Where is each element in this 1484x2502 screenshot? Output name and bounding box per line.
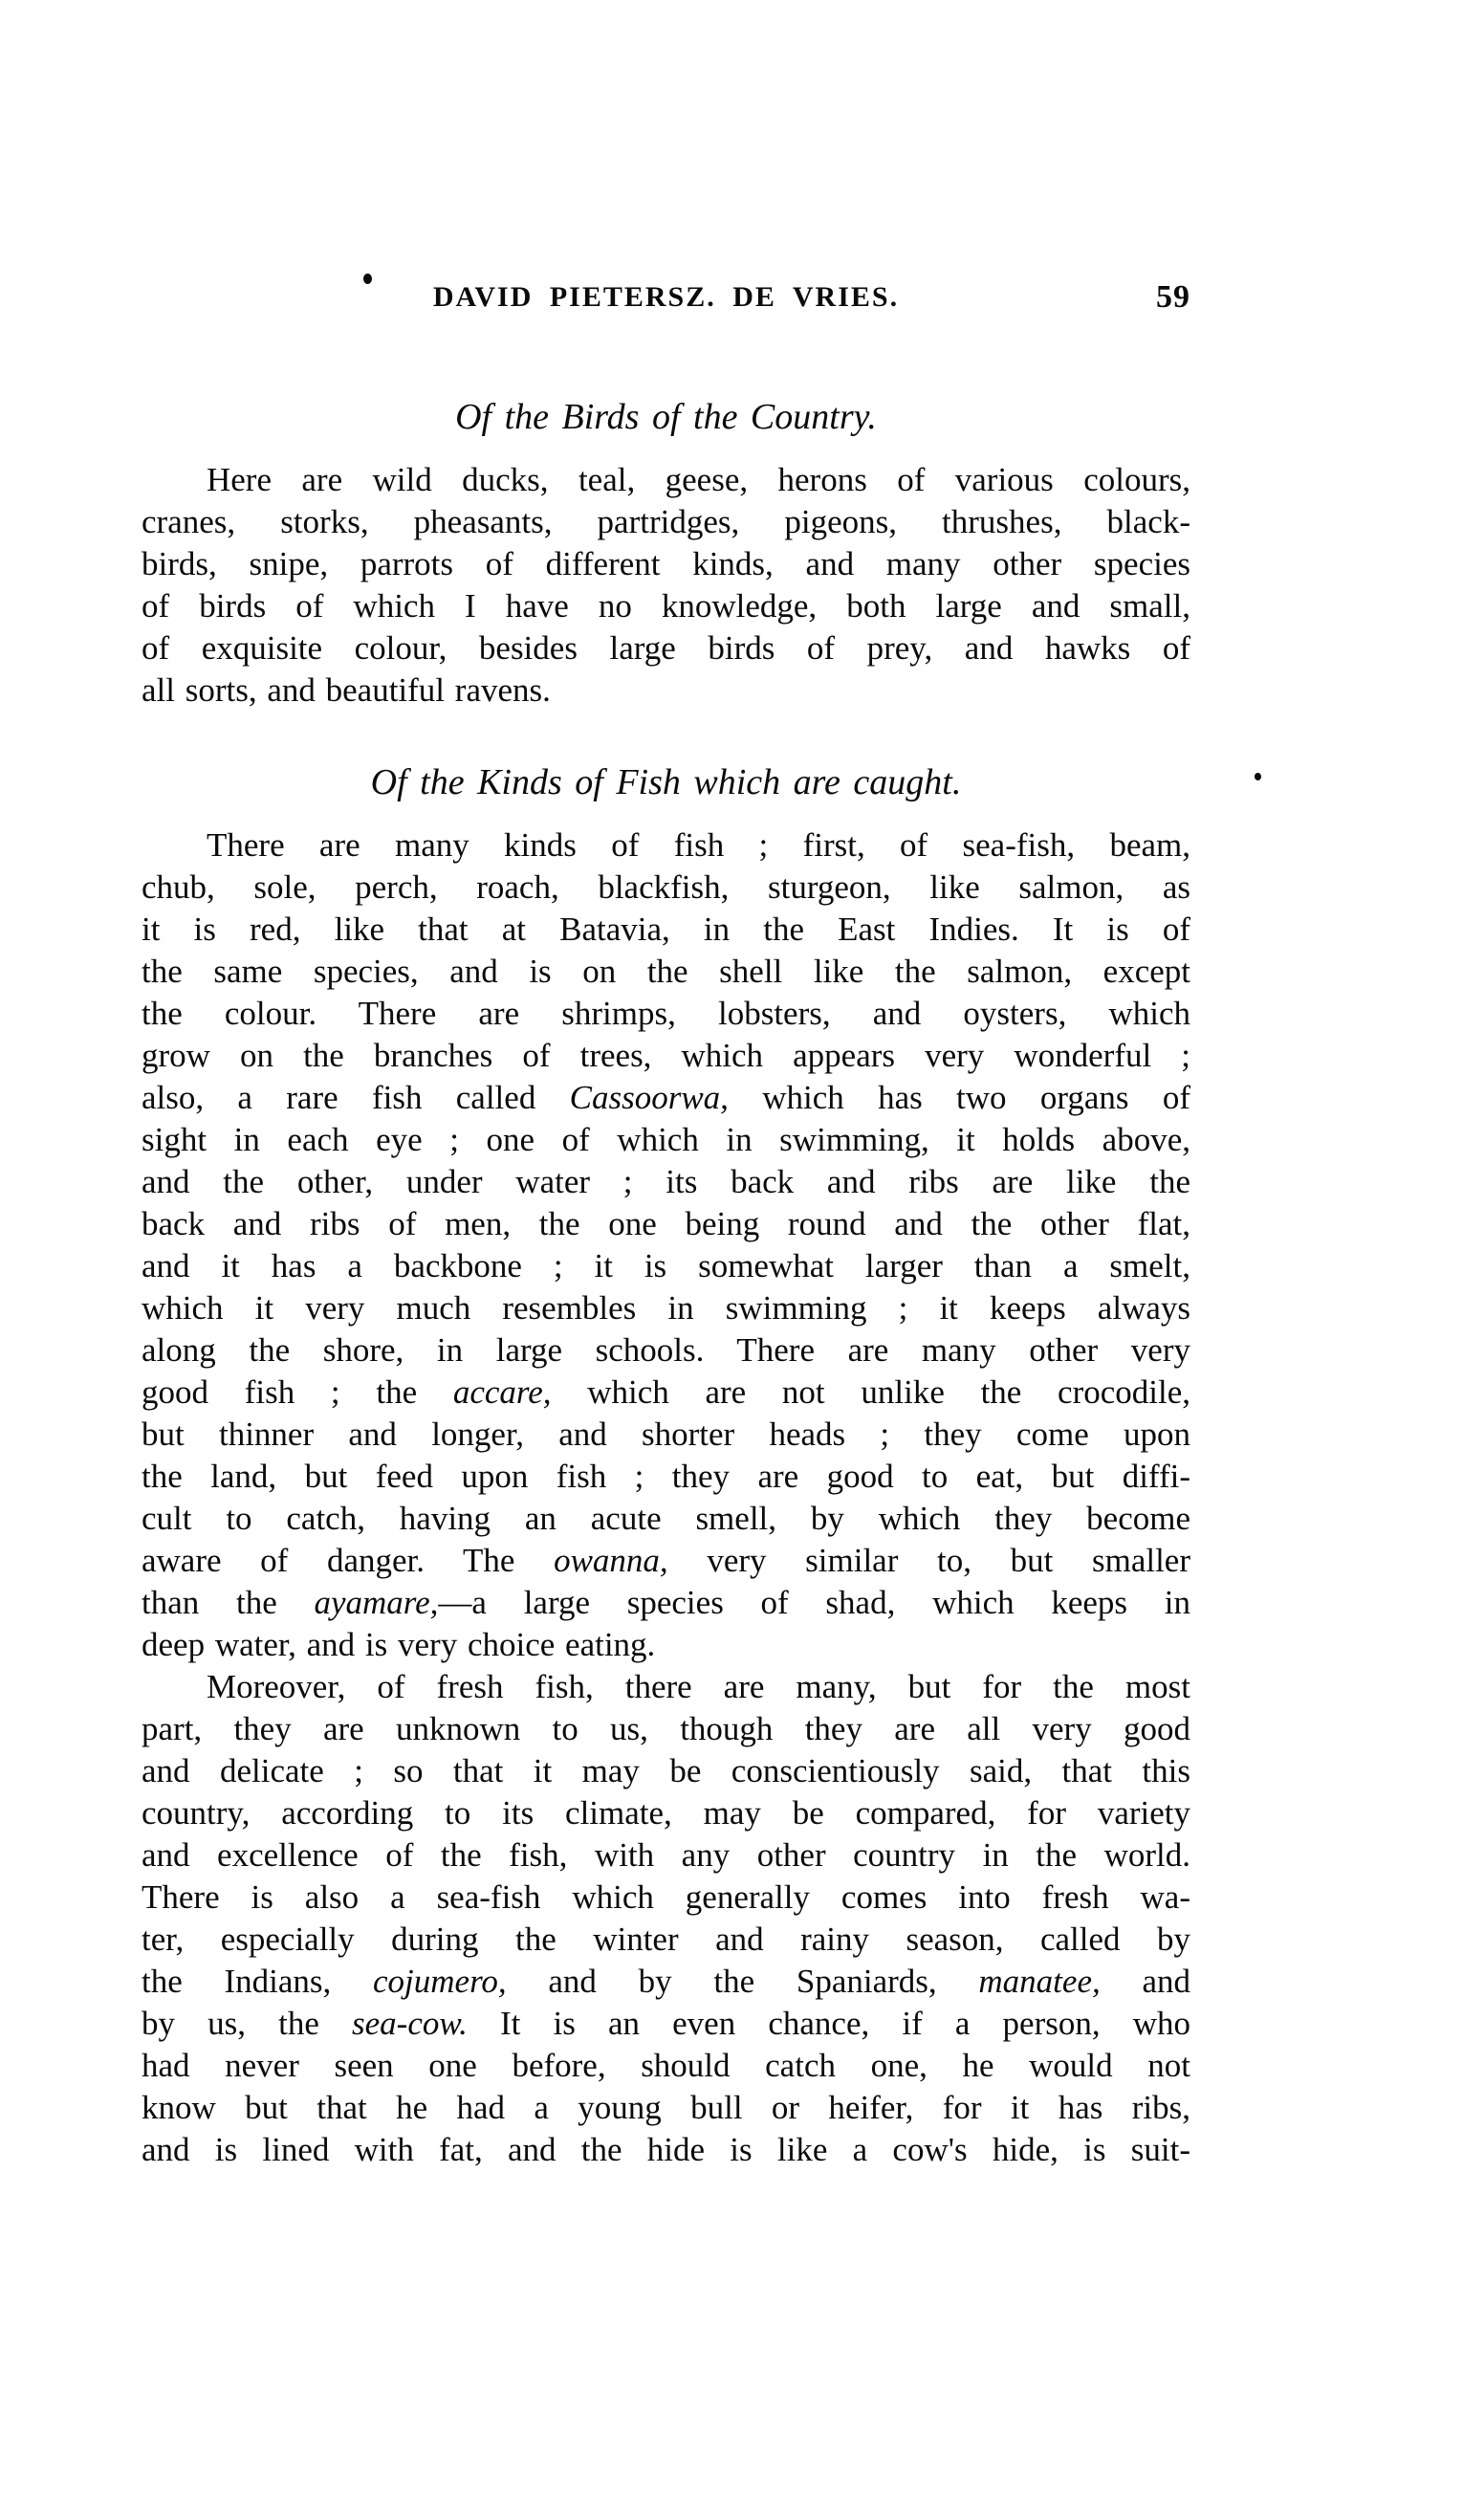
text-line: which it very much resembles in swimming… bbox=[142, 1287, 1190, 1329]
text-segment: There are many kinds of fish ; first, of… bbox=[207, 826, 1190, 864]
text-line: the Indians, cojumero, and by the Spania… bbox=[142, 1961, 1190, 2003]
text-segment: and is lined with fat, and the hide is l… bbox=[142, 2131, 1190, 2168]
text-line: and delicate ; so that it may be conscie… bbox=[142, 1750, 1190, 1792]
text-segment: the Indians, bbox=[142, 1963, 373, 2000]
text-segment: had never seen one before, should catch … bbox=[142, 2047, 1190, 2084]
text-segment: and delicate ; so that it may be conscie… bbox=[142, 1752, 1190, 1789]
text-segment: and it has a backbone ; it is somewhat l… bbox=[142, 1247, 1190, 1284]
text-line: aware of danger. The owanna, very simila… bbox=[142, 1540, 1190, 1582]
text-segment: good fish ; the bbox=[142, 1373, 453, 1411]
text-segment: and bbox=[1101, 1963, 1190, 2000]
text-segment: also, a rare fish called bbox=[142, 1079, 570, 1116]
text-segment: —a large species of shad, which keeps in bbox=[438, 1584, 1190, 1621]
text-segment: sight in each eye ; one of which in swim… bbox=[142, 1121, 1190, 1158]
text-line: and is lined with fat, and the hide is l… bbox=[142, 2129, 1190, 2171]
text-segment: which it very much resembles in swimming… bbox=[142, 1289, 1190, 1327]
text-line: chub, sole, perch, roach, blackfish, stu… bbox=[142, 867, 1190, 909]
text-line: than the ayamare,—a large species of sha… bbox=[142, 1582, 1190, 1624]
text-line: There are many kinds of fish ; first, of… bbox=[142, 824, 1190, 867]
paragraph: There are many kinds of fish ; first, of… bbox=[142, 824, 1190, 1666]
text-segment: It is an even chance, if a person, who bbox=[468, 2005, 1190, 2042]
text-column: DAVID PIETERSZ. DE VRIES. 59 Of the Bird… bbox=[142, 0, 1190, 2171]
text-line: also, a rare fish called Cassoorwa, whic… bbox=[142, 1077, 1190, 1119]
text-line: cranes, storks, pheasants, partridges, p… bbox=[142, 501, 1190, 543]
text-segment: know but that he had a young bull or hei… bbox=[142, 2089, 1190, 2126]
text-line: cult to catch, having an acute smell, by… bbox=[142, 1498, 1190, 1540]
text-line: Here are wild ducks, teal, geese, herons… bbox=[142, 459, 1190, 501]
text-line: sight in each eye ; one of which in swim… bbox=[142, 1119, 1190, 1161]
running-header: DAVID PIETERSZ. DE VRIES. 59 bbox=[142, 279, 1190, 316]
text-segment: the same species, and is on the shell li… bbox=[142, 953, 1190, 990]
text-segment: back and ribs of men, the one being roun… bbox=[142, 1205, 1190, 1242]
text-segment: Here are wild ducks, teal, geese, herons… bbox=[207, 461, 1190, 498]
text-segment: There is also a sea-fish which generally… bbox=[142, 1878, 1190, 1916]
text-line: but thinner and longer, and shorter head… bbox=[142, 1414, 1190, 1456]
text-segment: country, according to its climate, may b… bbox=[142, 1794, 1190, 1832]
text-segment: Moreover, of fresh fish, there are many,… bbox=[207, 1668, 1190, 1705]
text-segment: the colour. There are shrimps, lobsters,… bbox=[142, 995, 1190, 1032]
section-fish-heading: Of the Kinds of Fish which are caught. bbox=[142, 759, 1190, 805]
page-body: Of the Birds of the Country.Here are wil… bbox=[142, 394, 1190, 2171]
text-line: know but that he had a young bull or hei… bbox=[142, 2087, 1190, 2129]
text-segment: grow on the branches of trees, which app… bbox=[142, 1037, 1190, 1074]
text-line: the same species, and is on the shell li… bbox=[142, 951, 1190, 993]
text-segment: cranes, storks, pheasants, partridges, p… bbox=[142, 503, 1190, 540]
text-segment: birds, snipe, parrots of different kinds… bbox=[142, 545, 1190, 582]
header-title: DAVID PIETERSZ. DE VRIES. bbox=[433, 281, 899, 313]
text-segment: along the shore, in large schools. There… bbox=[142, 1331, 1190, 1369]
text-segment: it is red, like that at Batavia, in the … bbox=[142, 911, 1190, 948]
text-line: and excellence of the fish, with any oth… bbox=[142, 1834, 1190, 1876]
text-line: the colour. There are shrimps, lobsters,… bbox=[142, 993, 1190, 1035]
text-line: Moreover, of fresh fish, there are many,… bbox=[142, 1666, 1190, 1708]
text-line: good fish ; the accare, which are not un… bbox=[142, 1372, 1190, 1414]
text-line: back and ribs of men, the one being roun… bbox=[142, 1203, 1190, 1245]
text-line: had never seen one before, should catch … bbox=[142, 2045, 1190, 2087]
italic-term: manatee, bbox=[978, 1963, 1100, 2000]
italic-term: cojumero, bbox=[373, 1963, 507, 2000]
section-fish: Of the Kinds of Fish which are caught.Th… bbox=[142, 759, 1190, 2171]
section-birds-heading: Of the Birds of the Country. bbox=[142, 394, 1190, 440]
text-segment: but thinner and longer, and shorter head… bbox=[142, 1416, 1190, 1453]
page-number: 59 bbox=[1156, 279, 1190, 316]
text-line: country, according to its climate, may b… bbox=[142, 1792, 1190, 1834]
italic-term: Cassoorwa, bbox=[570, 1079, 729, 1116]
text-line: ter, especially during the winter and ra… bbox=[142, 1919, 1190, 1961]
text-line: grow on the branches of trees, which app… bbox=[142, 1035, 1190, 1077]
text-line: part, they are unknown to us, though the… bbox=[142, 1708, 1190, 1750]
text-segment: part, they are unknown to us, though the… bbox=[142, 1710, 1190, 1747]
text-segment: aware of danger. The bbox=[142, 1542, 554, 1579]
text-line: of exquisite colour, besides large birds… bbox=[142, 627, 1190, 669]
text-segment: and the other, under water ; its back an… bbox=[142, 1163, 1190, 1200]
text-line: by us, the sea-cow. It is an even chance… bbox=[142, 2003, 1190, 2045]
text-segment: of exquisite colour, besides large birds… bbox=[142, 629, 1190, 667]
text-segment: which are not unlike the crocodile, bbox=[552, 1373, 1190, 1411]
text-segment: of birds of which I have no knowledge, b… bbox=[142, 587, 1190, 625]
ink-dot-right bbox=[1255, 773, 1261, 780]
text-segment: ter, especially during the winter and ra… bbox=[142, 1920, 1190, 1958]
text-segment: than the bbox=[142, 1584, 315, 1621]
text-line: birds, snipe, parrots of different kinds… bbox=[142, 543, 1190, 585]
italic-term: accare, bbox=[453, 1373, 552, 1411]
text-segment: very similar to, but smaller bbox=[668, 1542, 1190, 1579]
text-line: all sorts, and beautiful ravens. bbox=[142, 669, 1190, 712]
text-line: deep water, and is very choice eating. bbox=[142, 1624, 1190, 1666]
text-segment: which has two organs of bbox=[729, 1079, 1190, 1116]
text-line: along the shore, in large schools. There… bbox=[142, 1329, 1190, 1372]
text-segment: and excellence of the fish, with any oth… bbox=[142, 1836, 1190, 1874]
italic-term: owanna, bbox=[554, 1542, 668, 1579]
text-segment: by us, the bbox=[142, 2005, 352, 2042]
italic-term: ayamare, bbox=[315, 1584, 439, 1621]
text-segment: and by the Spaniards, bbox=[507, 1963, 979, 2000]
text-segment: deep water, and is very choice eating. bbox=[142, 1626, 655, 1663]
text-line: the land, but feed upon fish ; they are … bbox=[142, 1456, 1190, 1498]
section-birds: Of the Birds of the Country.Here are wil… bbox=[142, 394, 1190, 712]
text-segment: all sorts, and beautiful ravens. bbox=[142, 671, 551, 709]
text-line: and the other, under water ; its back an… bbox=[142, 1161, 1190, 1203]
text-line: of birds of which I have no knowledge, b… bbox=[142, 585, 1190, 627]
paragraph: Here are wild ducks, teal, geese, herons… bbox=[142, 459, 1190, 712]
text-line: and it has a backbone ; it is somewhat l… bbox=[142, 1245, 1190, 1287]
paragraph: Moreover, of fresh fish, there are many,… bbox=[142, 1666, 1190, 2171]
italic-term: sea-cow. bbox=[352, 2005, 468, 2042]
book-page: DAVID PIETERSZ. DE VRIES. 59 Of the Bird… bbox=[0, 0, 1484, 2502]
text-segment: cult to catch, having an acute smell, by… bbox=[142, 1500, 1190, 1537]
text-line: There is also a sea-fish which generally… bbox=[142, 1876, 1190, 1919]
text-line: it is red, like that at Batavia, in the … bbox=[142, 909, 1190, 951]
text-segment: the land, but feed upon fish ; they are … bbox=[142, 1458, 1190, 1495]
text-segment: chub, sole, perch, roach, blackfish, stu… bbox=[142, 868, 1190, 906]
